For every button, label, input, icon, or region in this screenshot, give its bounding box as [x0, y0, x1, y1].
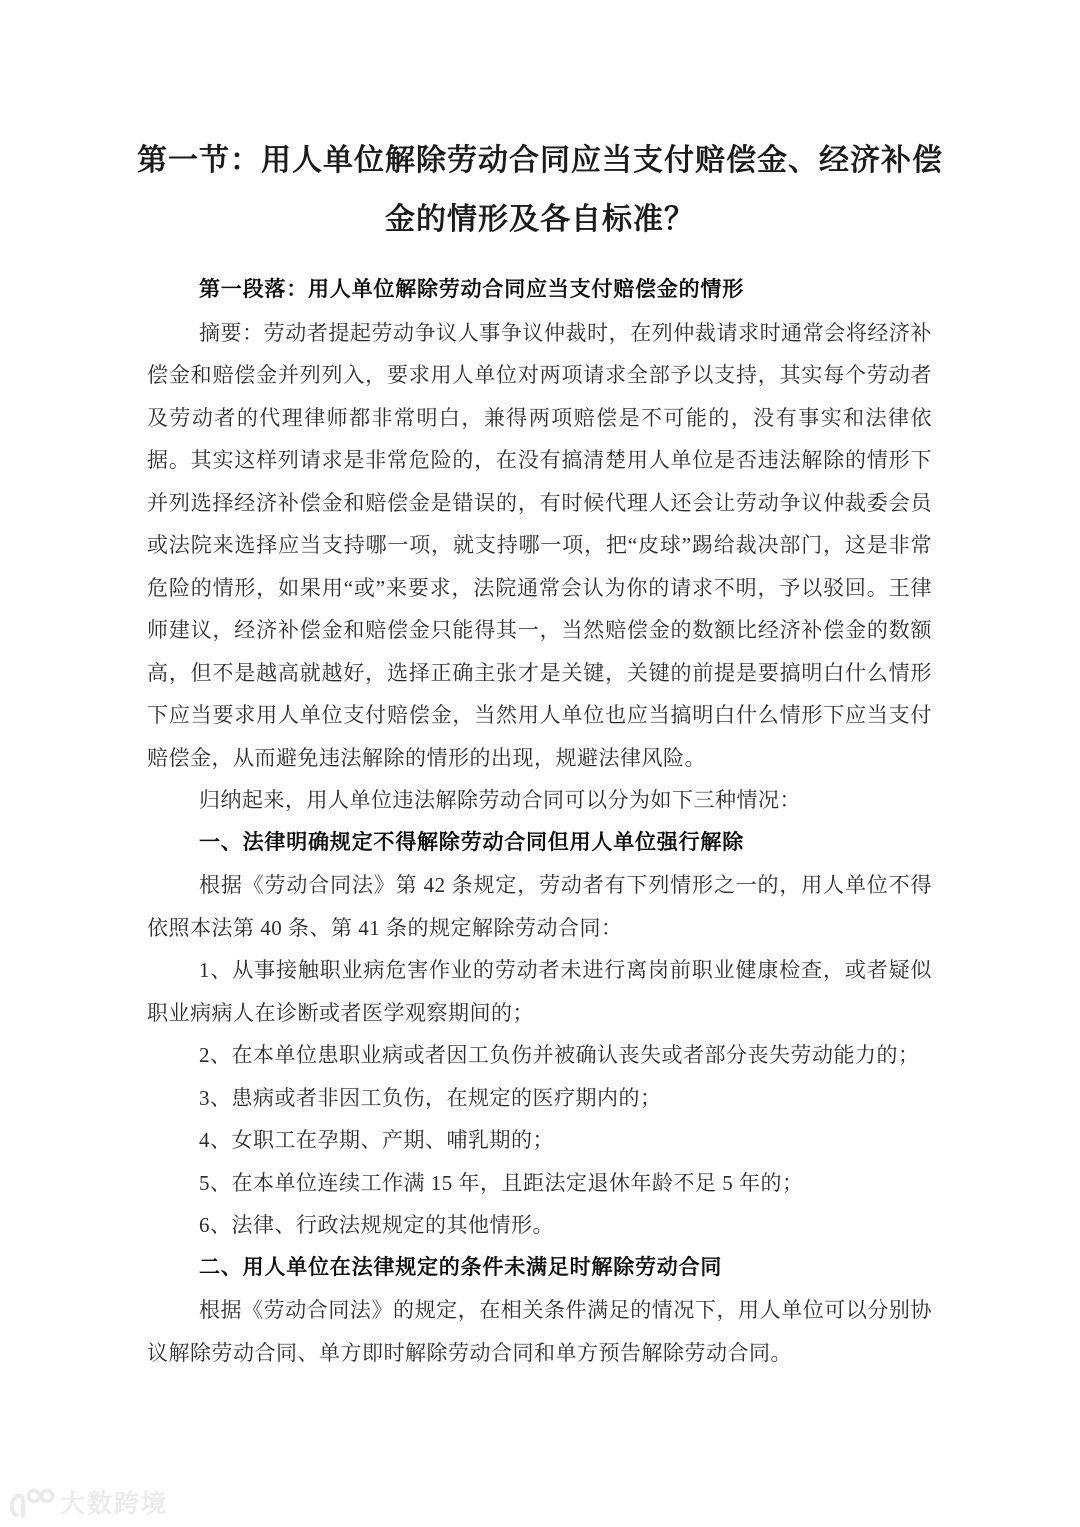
body-paragraph: 1、从事接触职业病危害作业的劳动者未进行离岗前职业健康检查，或者疑似职业病病人在…	[147, 949, 932, 1034]
section-heading: 二、用人单位在法律规定的条件未满足时解除劳动合同	[147, 1247, 932, 1290]
watermark-text: 大数跨境	[60, 1484, 168, 1520]
body-paragraph: 3、患病或者非因工负伤，在规定的医疗期内的；	[147, 1077, 932, 1120]
body-paragraph: 5、在本单位连续工作满 15 年，且距法定退休年龄不足 5 年的；	[147, 1162, 932, 1205]
body-paragraph: 根据《劳动合同法》的规定，在相关条件满足的情况下，用人单位可以分别协议解除劳动合…	[147, 1289, 932, 1374]
document-page: 第一节：用人单位解除劳动合同应当支付赔偿金、经济补偿 金的情形及各自标准？ 第一…	[0, 0, 1080, 1527]
document-title-line-2: 金的情形及各自标准？	[70, 190, 1010, 249]
document-body: 第一段落：用人单位解除劳动合同应当支付赔偿金的情形摘要：劳动者提起劳动争议人事争…	[147, 269, 932, 1374]
brand-100-logo-icon	[8, 1483, 54, 1521]
body-paragraph: 摘要：劳动者提起劳动争议人事争议仲裁时，在列仲裁请求时通常会将经济补偿金和赔偿金…	[147, 312, 932, 780]
body-paragraph: 根据《劳动合同法》第 42 条规定，劳动者有下列情形之一的，用人单位不得依照本法…	[147, 864, 932, 949]
document-title: 第一节：用人单位解除劳动合同应当支付赔偿金、经济补偿 金的情形及各自标准？	[0, 0, 1080, 249]
body-paragraph: 归纳起来，用人单位违法解除劳动合同可以分为如下三种情况：	[147, 779, 932, 822]
section-heading: 第一段落：用人单位解除劳动合同应当支付赔偿金的情形	[147, 269, 932, 312]
section-heading: 一、法律明确规定不得解除劳动合同但用人单位强行解除	[147, 822, 932, 865]
body-paragraph: 6、法律、行政法规规定的其他情形。	[147, 1204, 932, 1247]
body-paragraph: 2、在本单位患职业病或者因工负伤并被确认丧失或者部分丧失劳动能力的；	[147, 1034, 932, 1077]
body-paragraph: 4、女职工在孕期、产期、哺乳期的；	[147, 1119, 932, 1162]
watermark: 大数跨境	[8, 1483, 168, 1521]
document-title-line-1: 第一节：用人单位解除劳动合同应当支付赔偿金、经济补偿	[70, 131, 1010, 190]
